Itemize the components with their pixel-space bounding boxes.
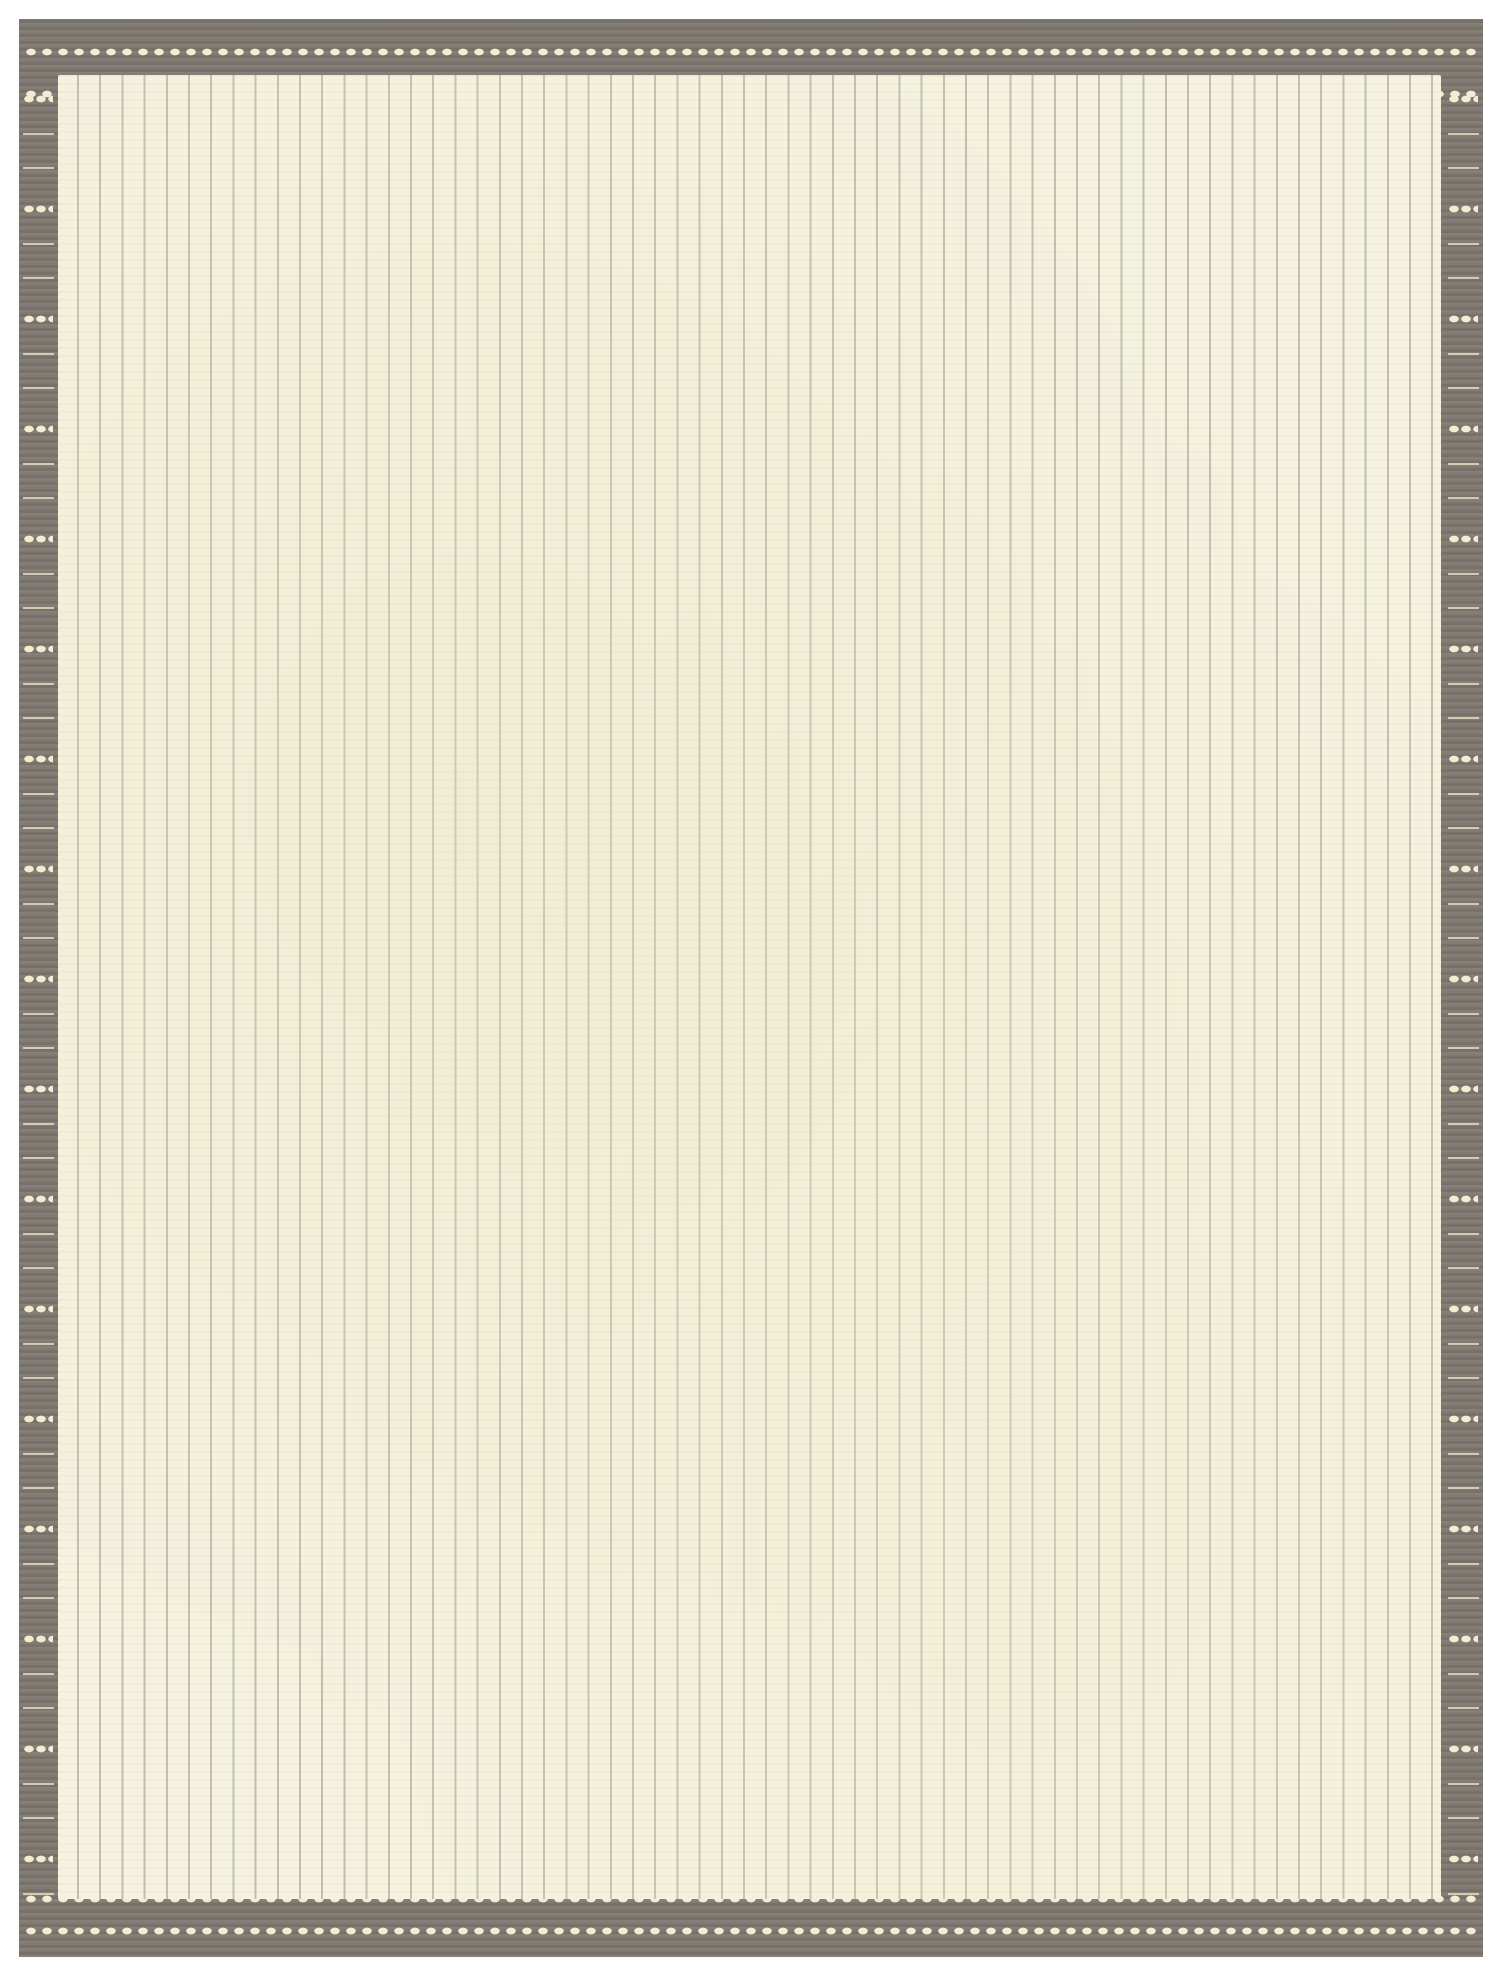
border-stripe bbox=[1448, 683, 1479, 685]
border-dot-cluster bbox=[1448, 205, 1478, 213]
border-dot-cluster bbox=[23, 975, 53, 983]
border-dot-cluster bbox=[1448, 1195, 1478, 1203]
border-stripe bbox=[1448, 1487, 1479, 1489]
border-dot-cluster bbox=[23, 535, 53, 543]
border-dot-cluster bbox=[1448, 1525, 1478, 1533]
border-dot-cluster bbox=[1448, 1855, 1478, 1863]
border-dot-cluster bbox=[23, 1635, 53, 1643]
border-stripe bbox=[23, 1267, 54, 1269]
border-dot-cluster bbox=[1448, 1415, 1478, 1423]
border-stripe bbox=[23, 683, 54, 685]
border-stripe bbox=[1448, 1047, 1479, 1049]
border-stripe bbox=[1448, 1673, 1479, 1675]
border-stripe bbox=[23, 1013, 54, 1015]
border-stripe bbox=[1448, 133, 1479, 135]
border-dot-cluster bbox=[23, 1415, 53, 1423]
border-stripe bbox=[23, 937, 54, 939]
border-stripe bbox=[1448, 497, 1479, 499]
border-dot-cluster bbox=[23, 1305, 53, 1313]
border-stripe bbox=[1448, 1893, 1479, 1895]
border-stripe bbox=[23, 1563, 54, 1565]
border-dot-cluster bbox=[1448, 535, 1478, 543]
border-dot-cluster bbox=[1448, 425, 1478, 433]
border-stripe bbox=[1448, 353, 1479, 355]
border-stripe bbox=[23, 717, 54, 719]
border-stripe bbox=[1448, 1343, 1479, 1345]
border-stripe bbox=[1448, 1783, 1479, 1785]
bottom-outer-dot-row bbox=[23, 1927, 1479, 1935]
right-border bbox=[1444, 75, 1483, 1899]
border-dot-cluster bbox=[23, 1195, 53, 1203]
border-stripe bbox=[23, 827, 54, 829]
border-dot-cluster bbox=[23, 95, 53, 103]
border-dot-cluster bbox=[23, 1525, 53, 1533]
border-stripe bbox=[1448, 1817, 1479, 1819]
border-stripe bbox=[23, 1123, 54, 1125]
border-dot-cluster bbox=[1448, 1305, 1478, 1313]
border-stripe bbox=[1448, 1267, 1479, 1269]
border-stripe bbox=[23, 167, 54, 169]
border-stripe bbox=[23, 463, 54, 465]
border-dot-cluster bbox=[23, 425, 53, 433]
border-dot-cluster bbox=[1448, 1635, 1478, 1643]
border-stripe bbox=[1448, 827, 1479, 829]
border-stripe bbox=[23, 1817, 54, 1819]
left-border bbox=[19, 75, 58, 1899]
border-stripe bbox=[1448, 1453, 1479, 1455]
border-stripe bbox=[23, 243, 54, 245]
border-stripe bbox=[1448, 717, 1479, 719]
border-stripe bbox=[23, 573, 54, 575]
border-stripe bbox=[1448, 463, 1479, 465]
border-stripe bbox=[1448, 793, 1479, 795]
border-dot-cluster bbox=[1448, 755, 1478, 763]
border-dot-cluster bbox=[23, 645, 53, 653]
border-stripe bbox=[23, 1597, 54, 1599]
border-stripe bbox=[23, 1377, 54, 1379]
border-stripe bbox=[23, 387, 54, 389]
border-stripe bbox=[23, 1707, 54, 1709]
border-stripe bbox=[1448, 903, 1479, 905]
border-stripe bbox=[1448, 1013, 1479, 1015]
border-stripe bbox=[23, 1783, 54, 1785]
border-stripe bbox=[1448, 387, 1479, 389]
border-stripe bbox=[1448, 573, 1479, 575]
border-stripe bbox=[23, 1343, 54, 1345]
border-dot-cluster bbox=[23, 315, 53, 323]
border-stripe bbox=[23, 133, 54, 135]
border-stripe bbox=[1448, 1123, 1479, 1125]
border-dot-cluster bbox=[23, 755, 53, 763]
border-stripe bbox=[1448, 167, 1479, 169]
border-stripe bbox=[1448, 243, 1479, 245]
border-stripe bbox=[1448, 1563, 1479, 1565]
border-stripe bbox=[1448, 607, 1479, 609]
border-dot-cluster bbox=[1448, 1085, 1478, 1093]
border-stripe bbox=[23, 1453, 54, 1455]
border-stripe bbox=[23, 353, 54, 355]
border-stripe bbox=[23, 1673, 54, 1675]
top-outer-dot-row bbox=[23, 48, 1479, 56]
border-stripe bbox=[23, 1157, 54, 1159]
border-stripe bbox=[1448, 1157, 1479, 1159]
border-dot-cluster bbox=[23, 205, 53, 213]
border-dot-cluster bbox=[23, 1855, 53, 1863]
border-stripe bbox=[23, 497, 54, 499]
border-stripe bbox=[1448, 277, 1479, 279]
border-stripe bbox=[23, 1233, 54, 1235]
border-stripe bbox=[23, 1893, 54, 1895]
border-stripe bbox=[23, 607, 54, 609]
border-dot-cluster bbox=[23, 865, 53, 873]
rug bbox=[19, 19, 1483, 1957]
border-stripe bbox=[23, 903, 54, 905]
border-dot-cluster bbox=[1448, 645, 1478, 653]
border-stripe bbox=[1448, 1377, 1479, 1379]
border-dot-cluster bbox=[23, 1745, 53, 1753]
border-dot-cluster bbox=[23, 1085, 53, 1093]
border-stripe bbox=[1448, 1233, 1479, 1235]
border-stripe bbox=[23, 1487, 54, 1489]
border-dot-cluster bbox=[1448, 975, 1478, 983]
border-dot-cluster bbox=[1448, 865, 1478, 873]
border-stripe bbox=[1448, 937, 1479, 939]
rug-field bbox=[58, 75, 1441, 1899]
border-dot-cluster bbox=[1448, 95, 1478, 103]
border-stripe bbox=[1448, 1707, 1479, 1709]
border-stripe bbox=[23, 1047, 54, 1049]
border-stripe bbox=[23, 793, 54, 795]
border-dot-cluster bbox=[1448, 1745, 1478, 1753]
border-stripe bbox=[23, 277, 54, 279]
border-stripe bbox=[1448, 1597, 1479, 1599]
border-dot-cluster bbox=[1448, 315, 1478, 323]
